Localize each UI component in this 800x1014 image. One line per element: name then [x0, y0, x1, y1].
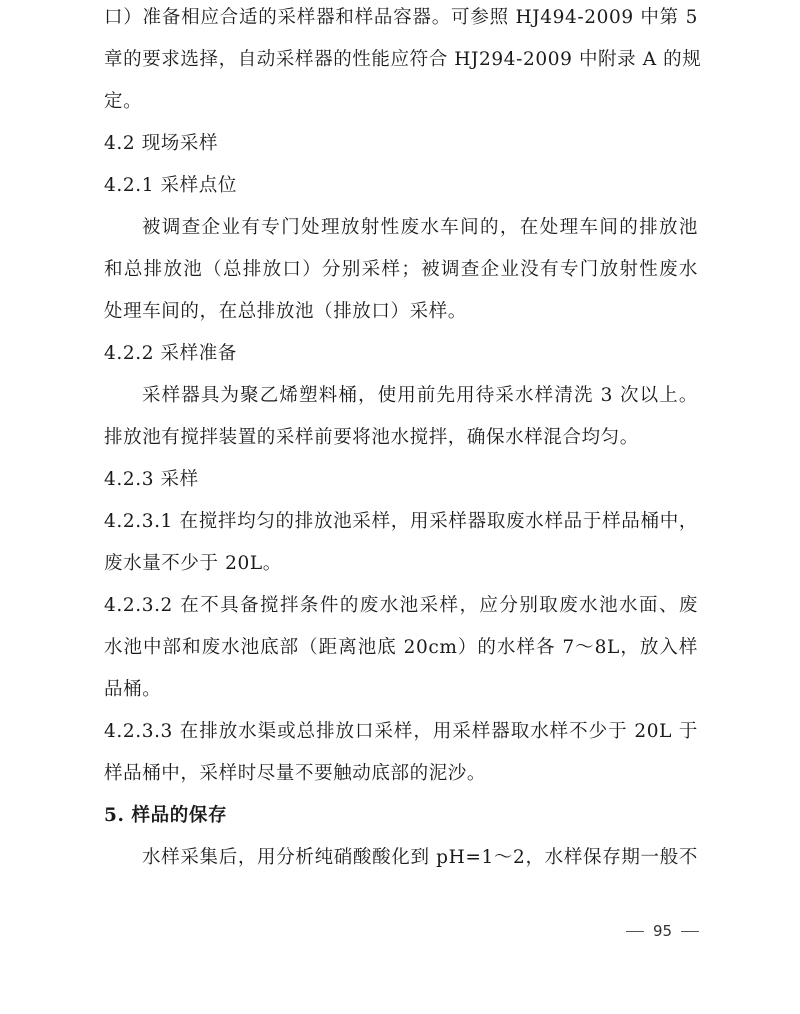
paragraph-line: 口）准备相应合适的采样器和样品容器。可参照 HJ494-2009 中第 5 [104, 6, 698, 30]
page-footer: 95 [617, 922, 708, 940]
paragraph-line: 4.2.3.1 在搅拌均匀的排放池采样，用采样器取废水样品于样品桶中， [104, 510, 698, 534]
paragraph-line: 处理车间的，在总排放池（排放口）采样。 [104, 300, 698, 324]
page-number: 95 [653, 922, 672, 940]
paragraph-line: 采样器具为聚乙烯塑料桶，使用前先用待采水样清洗 3 次以上。 [104, 384, 698, 408]
paragraph-line: 水样采集后，用分析纯硝酸酸化到 pH=1～2，水样保存期一般不 [104, 846, 698, 870]
paragraph-line: 废水量不少于 20L。 [104, 552, 698, 576]
paragraph-line: 章的要求选择，自动采样器的性能应符合 HJ294-2009 中附录 A 的规 [104, 48, 698, 72]
paragraph-line: 样品桶中，采样时尽量不要触动底部的泥沙。 [104, 762, 698, 786]
paragraph-line: 4.2.3.3 在排放水渠或总排放口采样，用采样器取水样不少于 20L 于 [104, 720, 698, 744]
section-heading-4-2-2: 4.2.2 采样准备 [104, 342, 698, 366]
section-heading-4-2: 4.2 现场采样 [104, 132, 698, 156]
paragraph-line: 定。 [104, 90, 698, 114]
dash-right-icon [681, 931, 699, 932]
section-heading-4-2-1: 4.2.1 采样点位 [104, 174, 698, 198]
section-heading-5: 5. 样品的保存 [104, 804, 698, 828]
paragraph-line: 4.2.3.2 在不具备搅拌条件的废水池采样，应分别取废水池水面、废 [104, 594, 698, 618]
paragraph-line: 品桶。 [104, 678, 698, 702]
paragraph-line: 排放池有搅拌装置的采样前要将池水搅拌，确保水样混合均匀。 [104, 426, 698, 450]
paragraph-line: 被调查企业有专门处理放射性废水车间的，在处理车间的排放池 [104, 216, 698, 240]
paragraph-line: 和总排放池（总排放口）分别采样；被调查企业没有专门放射性废水 [104, 258, 698, 282]
dash-left-icon [626, 931, 644, 932]
section-heading-4-2-3: 4.2.3 采样 [104, 468, 698, 492]
paragraph-line: 水池中部和废水池底部（距离池底 20cm）的水样各 7～8L，放入样 [104, 636, 698, 660]
